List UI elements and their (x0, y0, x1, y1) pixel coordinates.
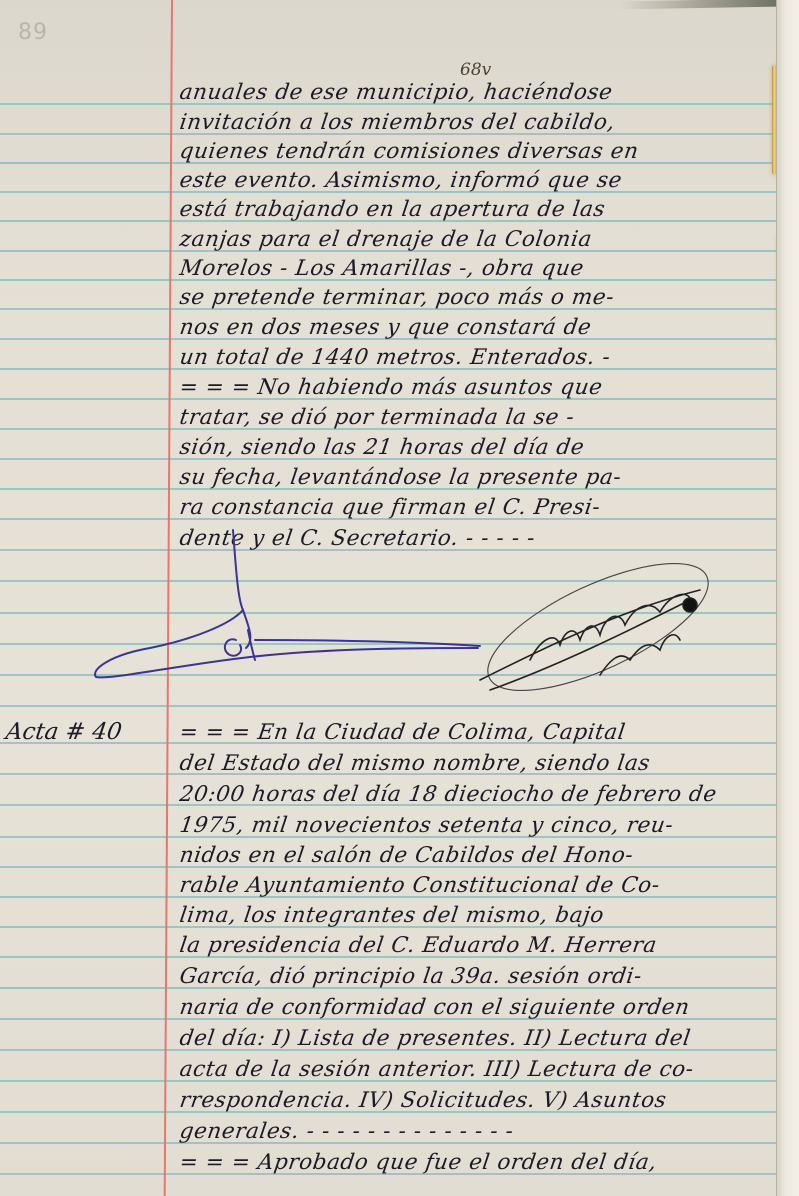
text-line: quienes tendrán comisiones diversas en (178, 139, 640, 164)
text-line: su fecha, levantándose la presente pa- (178, 465, 623, 490)
text-line: nos en dos meses y que constará de (178, 315, 593, 340)
text-line: rrespondencia. IV) Solicitudes. V) Asunt… (178, 1088, 668, 1113)
text-line: nidos en el salón de Cabildos del Hono- (178, 843, 635, 868)
text-line: = = = No habiendo más asuntos que (178, 375, 604, 400)
page-top-shadow (620, 0, 779, 9)
ruled-line (0, 705, 779, 707)
act-number-label: Acta # 40 (4, 719, 123, 745)
text-line: generales. - - - - - - - - - - - - - - (178, 1119, 515, 1144)
text-line: naria de conformidad con el siguiente or… (178, 995, 691, 1020)
text-line: tratar, se dió por terminada la se - (178, 405, 576, 430)
text-line: del Estado del mismo nombre, siendo las (178, 751, 652, 776)
text-line: zanjas para el drenaje de la Colonia (178, 227, 594, 252)
text-line: 20:00 horas del día 18 dieciocho de febr… (178, 782, 719, 807)
ruled-line (0, 580, 779, 582)
text-line: = = = Aprobado que fue el orden del día, (178, 1150, 659, 1175)
red-margin-line (164, 0, 173, 1196)
adjacent-page-edge (776, 0, 799, 1196)
text-line: este evento. Asimismo, informó que se (178, 168, 624, 193)
text-line: se pretende terminar, poco más o me- (178, 285, 616, 310)
text-line: rable Ayuntamiento Constitucional de Co- (178, 873, 662, 898)
text-line: Morelos - Los Amarillas -, obra que (178, 256, 586, 281)
folio-number: 68v (460, 60, 491, 80)
text-line: sión, siendo las 21 horas del día de (178, 435, 586, 460)
ledger-page: 89 68v anuales de ese municipio, haciénd… (0, 0, 779, 1196)
text-line: del día: I) Lista de presentes. II) Lect… (178, 1026, 692, 1051)
text-line: invitación a los miembros del cabildo, (178, 110, 617, 135)
bleed-through-page-number: 89 (18, 20, 48, 45)
secretary-signature (471, 538, 724, 716)
text-line: está trabajando en la apertura de las (178, 197, 607, 222)
text-line: 1975, mil novecientos setenta y cinco, r… (178, 813, 675, 838)
president-signature (95, 530, 480, 677)
text-line: la presidencia del C. Eduardo M. Herrera (178, 933, 659, 958)
text-line: = = = En la Ciudad de Colima, Capital (178, 720, 627, 745)
text-line: anuales de ese municipio, haciéndose (178, 80, 614, 105)
text-line: acta de la sesión anterior. III) Lectura… (178, 1057, 695, 1082)
text-line: un total de 1440 metros. Enterados. - (178, 345, 612, 370)
ruled-line (0, 674, 779, 676)
text-line: lima, los integrantes del mismo, bajo (178, 903, 606, 928)
text-line: García, dió principio la 39a. sesión ord… (178, 964, 644, 989)
text-line: ra constancia que firman el C. Presi- (178, 495, 602, 520)
ruled-line (0, 643, 779, 645)
ruled-line (0, 612, 779, 614)
text-line: dente y el C. Secretario. - - - - - (178, 526, 537, 551)
